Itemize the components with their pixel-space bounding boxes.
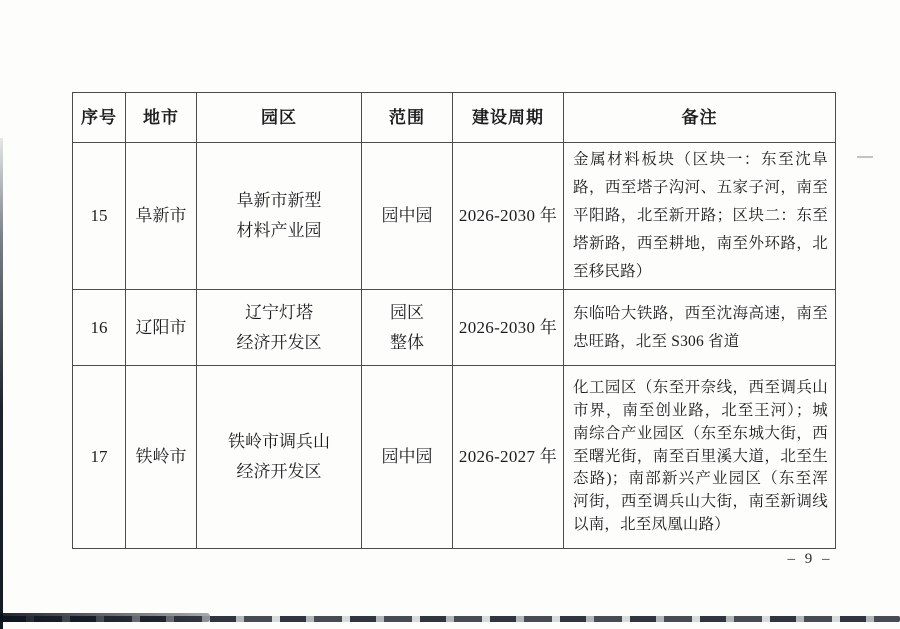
cell-remarks: 金属材料板块（区块一：东至沈阜路，西至塔子沟河、五家子河，南至平阳路，北至新开路… (564, 143, 836, 290)
header-period: 建设周期 (453, 93, 564, 143)
header-city: 地市 (126, 93, 197, 143)
cell-remarks: 化工园区（东至开奈线，西至调兵山市界，南至创业路，北至王河）；城南综合产业园区（… (564, 366, 836, 549)
document-page: 序号 地市 园区 范围 建设周期 备注 15 阜新市 阜新市新型 材料产业园 园… (0, 0, 900, 629)
scope-line1: 园中园 (366, 201, 448, 231)
park-name-line1: 阜新市新型 (201, 186, 357, 216)
cell-city: 铁岭市 (126, 366, 197, 549)
scope-line2: 整体 (366, 328, 448, 358)
cell-period: 2026-2027 年 (453, 366, 564, 549)
header-index: 序号 (73, 93, 126, 143)
scan-artifact-left-edge (0, 138, 3, 629)
cell-park: 辽宁灯塔 经济开发区 (197, 290, 362, 366)
table-header-row: 序号 地市 园区 范围 建设周期 备注 (73, 93, 836, 143)
park-name-line1: 辽宁灯塔 (201, 298, 357, 328)
scan-artifact-right-tick (857, 156, 873, 158)
scope-line1: 园区 (366, 298, 448, 328)
table-row: 15 阜新市 阜新市新型 材料产业园 园中园 2026-2030 年 金属材料板… (73, 143, 836, 290)
header-remarks: 备注 (564, 93, 836, 143)
cell-park: 阜新市新型 材料产业园 (197, 143, 362, 290)
industrial-parks-table: 序号 地市 园区 范围 建设周期 备注 15 阜新市 阜新市新型 材料产业园 园… (72, 92, 836, 549)
cell-period: 2026-2030 年 (453, 143, 564, 290)
cell-city: 阜新市 (126, 143, 197, 290)
park-name-line2: 经济开发区 (201, 457, 357, 487)
park-name-line2: 材料产业园 (201, 216, 357, 246)
table-row: 16 辽阳市 辽宁灯塔 经济开发区 园区 整体 2026-2030 年 东临哈大… (73, 290, 836, 366)
cell-scope: 园中园 (362, 366, 453, 549)
header-park: 园区 (197, 93, 362, 143)
cell-park: 铁岭市调兵山 经济开发区 (197, 366, 362, 549)
cell-index: 16 (73, 290, 126, 366)
cell-scope: 园中园 (362, 143, 453, 290)
cell-remarks: 东临哈大铁路，西至沈海高速，南至忠旺路，北至 S306 省道 (564, 290, 836, 366)
table-row: 17 铁岭市 铁岭市调兵山 经济开发区 园中园 2026-2027 年 化工园区… (73, 366, 836, 549)
cell-index: 15 (73, 143, 126, 290)
cell-period: 2026-2030 年 (453, 290, 564, 366)
page-number: – 9 – (780, 551, 840, 568)
cell-index: 17 (73, 366, 126, 549)
cell-scope: 园区 整体 (362, 290, 453, 366)
cell-city: 辽阳市 (126, 290, 197, 366)
park-name-line2: 经济开发区 (201, 328, 357, 358)
park-name-line1: 铁岭市调兵山 (201, 427, 357, 457)
header-scope: 范围 (362, 93, 453, 143)
scope-line1: 园中园 (366, 442, 448, 472)
scan-artifact-bottom-band (0, 616, 900, 622)
